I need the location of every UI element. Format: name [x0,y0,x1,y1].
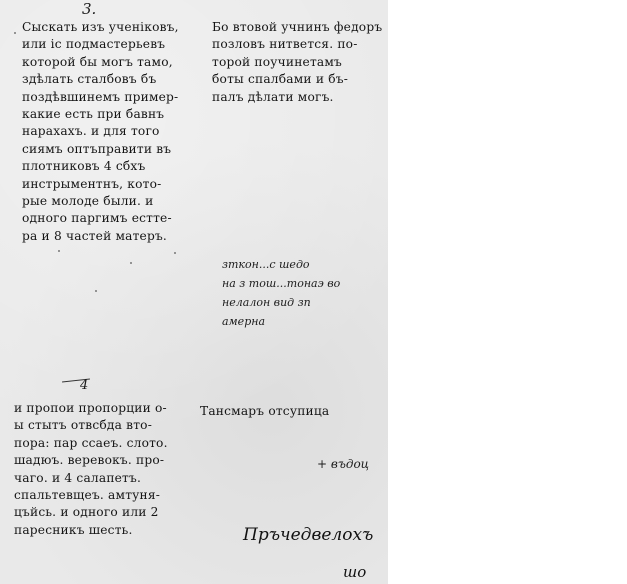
text-line: одного паргимъ естте- [22,210,179,227]
text-line: рые молоде были. и [22,193,179,210]
text-line: пора: пар ссаеъ. слото. [14,435,168,452]
text-line: паресникъ шесть. [14,522,168,539]
section-4-right-note: Тансмаръ отсупица [200,403,329,420]
manuscript-page: 3. Сыскать изъ ученіковъ, или іс подмаст… [0,0,388,584]
text-line: Бо втовой учнинъ федоръ [212,19,382,36]
paper-speck [174,252,176,254]
paper-speck [58,250,60,252]
text-line: плотниковъ 4 сбхъ [22,158,179,175]
section-3-margin-note: зткон...с шедо на з тош...тонаэ во нелал… [222,255,340,331]
note-line: на з тош...тонаэ во [222,274,340,293]
note-line: зткон...с шедо [222,255,340,274]
text-line: здѣлать сталбовъ бъ [22,71,179,88]
text-line: чаго. и 4 салапетъ. [14,470,168,487]
paper-speck [95,290,97,292]
text-line: позловъ нитвется. по- [212,36,382,53]
text-line: и пропои пропорции о- [14,400,168,417]
text-line: ы стытъ отвсбда вто- [14,417,168,434]
section-3-left-column: Сыскать изъ ученіковъ, или іс подмастерь… [22,19,179,245]
text-line: поздѣвшинемъ пример- [22,89,179,106]
signature-sub: шо [343,563,366,581]
text-line: Сыскать изъ ученіковъ, [22,19,179,36]
text-line: сиямъ оптъправити въ [22,141,179,158]
text-line: ра и 8 частей матеръ. [22,228,179,245]
text-line: спальтевщеъ. амтуня- [14,487,168,504]
text-line: или іс подмастерьевъ [22,36,179,53]
section-4-plus-note: + въдоц [317,455,369,474]
text-line: какие есть при бавнъ [22,106,179,123]
text-line: инстрыментнъ, кото- [22,176,179,193]
text-line: цъйсь. и одного или 2 [14,504,168,521]
section-number-4: 4 [80,378,88,393]
text-line: палъ дѣлати могъ. [212,89,382,106]
signature: Пръчедвелохъ [243,525,373,545]
text-line: торой поучинетамъ [212,54,382,71]
paper-speck [130,262,132,264]
text-line: боты спалбами и бъ- [212,71,382,88]
text-line: шадюъ. веревокъ. про- [14,452,168,469]
section-3-right-column: Бо втовой учнинъ федоръ позловъ нитвется… [212,19,382,106]
note-line: нелалон вид зп [222,293,340,312]
blank-margin [388,0,627,584]
paper-speck [14,32,16,34]
text-line: которой бы могъ тамо, [22,54,179,71]
section-number-3: 3. [82,0,96,18]
section-4-left-column: и пропои пропорции о- ы стытъ отвсбда вт… [14,400,168,539]
note-line: амерна [222,312,340,331]
text-line: нарахахъ. и для того [22,123,179,140]
